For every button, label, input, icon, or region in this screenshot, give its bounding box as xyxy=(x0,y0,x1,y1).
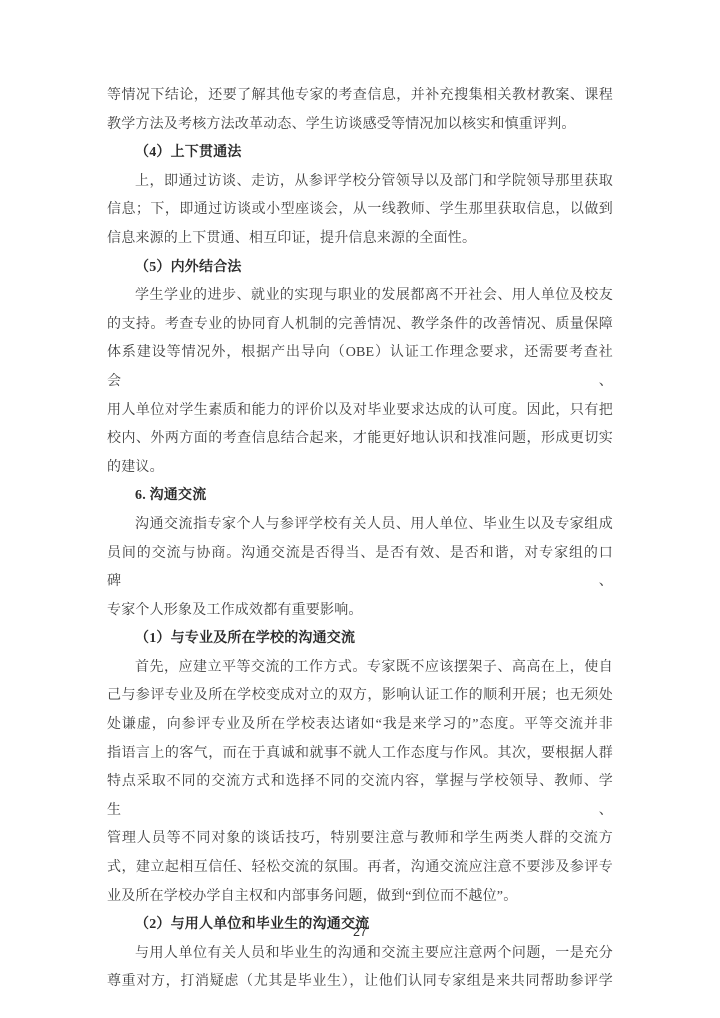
text-line: 体系建设等情况外，根据产出导向（OBE）认证工作理念要求，还需要考查社会、 xyxy=(107,339,613,396)
section-heading: （4）上下贯通法 xyxy=(107,139,613,168)
text-line: 尊重对方，打消疑虑（尤其是毕业生），让他们认同专家组是来共同帮助参评学 xyxy=(107,968,613,997)
heading-line: （1）与专业及所在学校的沟通交流 xyxy=(107,625,613,654)
text-line: 沟通交流指专家个人与参评学校有关人员、用人单位、毕业生以及专家组成 xyxy=(107,511,613,540)
text-line: 学生学业的进步、就业的实现与职业的发展都离不开社会、用人单位及校友 xyxy=(107,282,613,311)
text-line: 员间的交流与协商。沟通交流是否得当、是否有效、是否和谐，对专家组的口碑、 xyxy=(107,540,613,597)
text-line: 教学方法及考核方法改革动态、学生访谈感受等情况加以核实和慎重评判。 xyxy=(107,111,613,140)
heading-line: （4）上下贯通法 xyxy=(107,139,613,168)
text-line: 式，建立起相互信任、轻松交流的氛围。再者，沟通交流应注意不要涉及参评专 xyxy=(107,854,613,883)
paragraph: 等情况下结论，还要了解其他专家的考查信息，并补充搜集相关教材教案、课程教学方法及… xyxy=(107,82,613,139)
text-line: 首先，应建立平等交流的工作方式。专家既不应该摆架子、高高在上，使自 xyxy=(107,654,613,683)
text-line: 指语言上的客气，而在于真诚和就事不就人工作态度与作风。其次，要根据人群 xyxy=(107,740,613,769)
text-line: 用人单位对学生素质和能力的评价以及对毕业要求达成的认可度。因此，只有把 xyxy=(107,397,613,426)
text-line: 己与参评专业及所在学校变成对立的双方，影响认证工作的顺利开展；也无须处 xyxy=(107,682,613,711)
text-line: 的支持。考查专业的协同育人机制的完善情况、教学条件的改善情况、质量保障 xyxy=(107,311,613,340)
text-line: 等情况下结论，还要了解其他专家的考查信息，并补充搜集相关教材教案、课程 xyxy=(107,82,613,111)
heading-line: （5）内外结合法 xyxy=(107,254,613,283)
text-line: 业及所在学校办学自主权和内部事务问题，做到“到位而不越位”。 xyxy=(107,883,613,912)
text-line: 信息；下，即通过访谈或小型座谈会，从一线教师、学生那里获取信息，以做到 xyxy=(107,196,613,225)
section-heading: （1）与专业及所在学校的沟通交流 xyxy=(107,625,613,654)
text-line: 校内、外两方面的考查信息结合起来，才能更好地认识和找准问题，形成更切实 xyxy=(107,425,613,454)
paragraph: 与用人单位有关人员和毕业生的沟通和交流主要应注意两个问题，一是充分尊重对方，打消… xyxy=(107,940,613,997)
paragraph: 沟通交流指专家个人与参评学校有关人员、用人单位、毕业生以及专家组成员间的交流与协… xyxy=(107,511,613,625)
text-line: 管理人员等不同对象的谈话技巧，特别要注意与教师和学生两类人群的交流方 xyxy=(107,825,613,854)
text-line: 信息来源的上下贯通、相互印证，提升信息来源的全面性。 xyxy=(107,225,613,254)
text-line: 处谦虚，向参评专业及所在学校表达诸如“我是来学习的”态度。平等交流并非 xyxy=(107,711,613,740)
paragraph: 学生学业的进步、就业的实现与职业的发展都离不开社会、用人单位及校友的支持。考查专… xyxy=(107,282,613,482)
paragraph: 首先，应建立平等交流的工作方式。专家既不应该摆架子、高高在上，使自己与参评专业及… xyxy=(107,654,613,911)
heading-line: 6. 沟通交流 xyxy=(107,482,613,511)
text-line: 的建议。 xyxy=(107,454,613,483)
text-line: 特点采取不同的交流方式和选择不同的交流内容，掌握与学校领导、教师、学生、 xyxy=(107,768,613,825)
text-line: 专家个人形象及工作成效都有重要影响。 xyxy=(107,597,613,626)
text-line: 上，即通过访谈、走访，从参评学校分管领导以及部门和学院领导那里获取 xyxy=(107,168,613,197)
section-heading: 6. 沟通交流 xyxy=(107,482,613,511)
document-page: 等情况下结论，还要了解其他专家的考查信息，并补充搜集相关教材教案、课程教学方法及… xyxy=(0,0,720,1018)
section-heading: （5）内外结合法 xyxy=(107,254,613,283)
text-line: 与用人单位有关人员和毕业生的沟通和交流主要应注意两个问题，一是充分 xyxy=(107,940,613,969)
document-text: 等情况下结论，还要了解其他专家的考查信息，并补充搜集相关教材教案、课程教学方法及… xyxy=(107,82,613,997)
paragraph: 上，即通过访谈、走访，从参评学校分管领导以及部门和学院领导那里获取信息；下，即通… xyxy=(107,168,613,254)
page-number: 27 xyxy=(0,925,720,939)
